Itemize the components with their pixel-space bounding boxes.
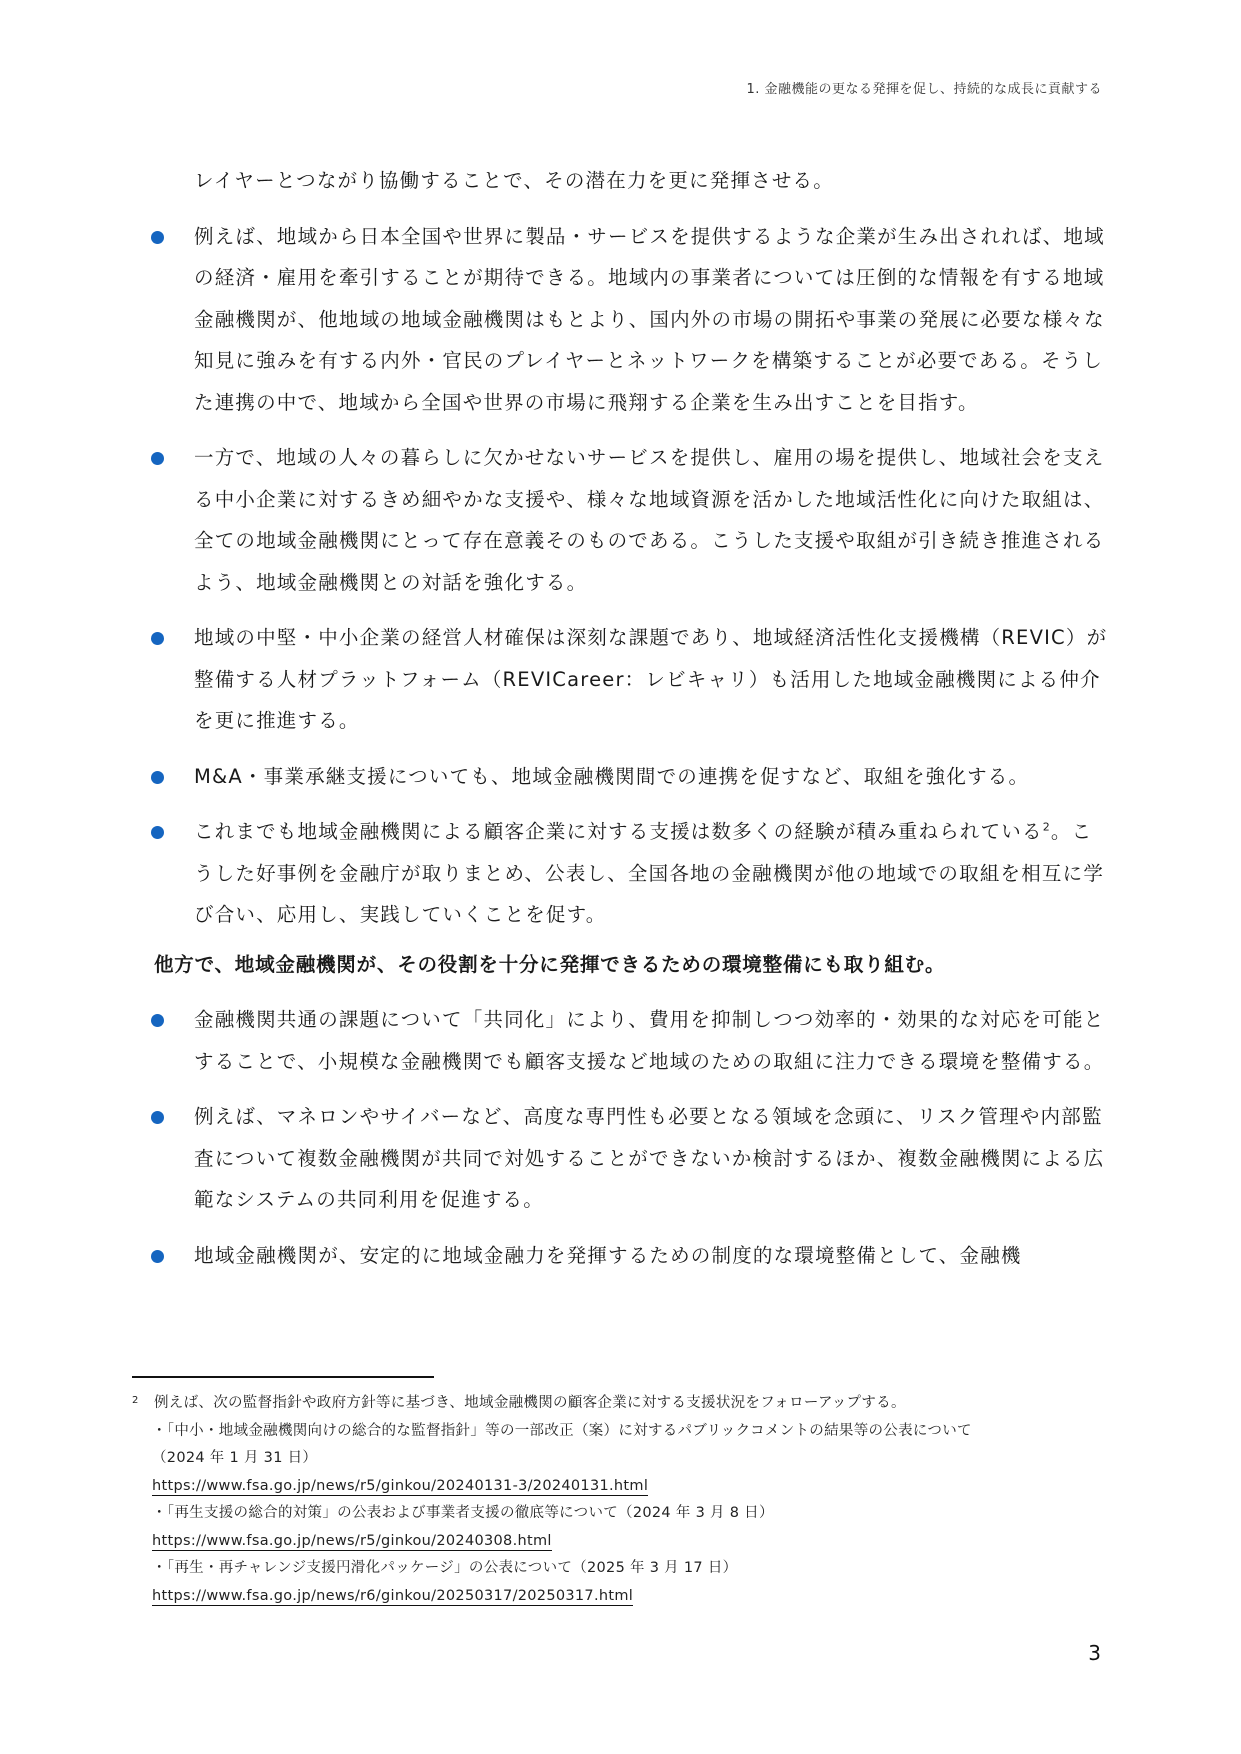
footnote-link[interactable]: https://www.fsa.go.jp/news/r5/ginkou/202… [152,1533,552,1551]
bullet-item: 地域の中堅・中小企業の経営人材確保は深刻な課題であり、地域経済活性化支援機構（R… [150,617,1110,742]
bullet-item: 例えば、マネロンやサイバーなど、高度な専門性も必要となる領域を念頭に、リスク管理… [150,1096,1110,1221]
bullet-dot-icon [151,771,164,784]
bullet-text: 一方で、地域の人々の暮らしに欠かせないサービスを提供し、雇用の場を提供し、地域社… [194,446,1104,594]
bullet-dot-icon [151,231,164,244]
bullet-text: 金融機関共通の課題について「共同化」により、費用を抑制しつつ効率的・効果的な対応… [194,1008,1104,1073]
bullet-item: これまでも地域金融機関による顧客企業に対する支援は数多くの経験が積み重ねられてい… [150,811,1110,936]
bullet-text: これまでも地域金融機関による顧客企業に対する支援は数多くの経験が積み重ねられてい… [194,820,1043,843]
bullet-dot-icon [151,1014,164,1027]
footnote-item-title: ・「再生・再チャレンジ支援円滑化パッケージ」の公表について（2025 年 3 月… [132,1555,1112,1583]
continuation-paragraph: レイヤーとつながり協働することで、その潜在力を更に発揮させる。 [150,160,1110,202]
footnote-item-date: （2024 年 1 月 31 日） [132,1445,1112,1473]
bullet-dot-icon [151,452,164,465]
footnote-link-row: https://www.fsa.go.jp/news/r5/ginkou/202… [132,1528,1112,1556]
page-number: 3 [1088,1641,1101,1665]
footnotes: 2 例えば、次の監督指針や政府方針等に基づき、地域金融機関の顧客企業に対する支援… [132,1390,1112,1610]
footnote-link[interactable]: https://www.fsa.go.jp/news/r6/ginkou/202… [152,1588,633,1606]
footnote-item-title: ・「再生支援の総合的対策」の公表および事業者支援の徹底等について（2024 年 … [132,1500,1112,1528]
bullet-item: M&A・事業承継支援についても、地域金融機関間での連携を促すなど、取組を強化する… [150,756,1110,798]
footnote-reference[interactable]: 2 [1043,821,1051,834]
footnote-intro: 2 例えば、次の監督指針や政府方針等に基づき、地域金融機関の顧客企業に対する支援… [132,1390,1112,1418]
body-text: レイヤーとつながり協働することで、その潜在力を更に発揮させる。 例えば、地域から… [150,160,1110,1276]
footnote-intro-text: 例えば、次の監督指針や政府方針等に基づき、地域金融機関の顧客企業に対する支援状況… [154,1395,906,1411]
bullet-text: 地域の中堅・中小企業の経営人材確保は深刻な課題であり、地域経済活性化支援機構（R… [194,626,1107,732]
bullet-text: 例えば、マネロンやサイバーなど、高度な専門性も必要となる領域を念頭に、リスク管理… [194,1105,1104,1211]
footnote-divider [132,1376,434,1378]
bullet-dot-icon [151,1111,164,1124]
bullet-item: 例えば、地域から日本全国や世界に製品・サービスを提供するような企業が生み出されれ… [150,216,1110,424]
footnote-link[interactable]: https://www.fsa.go.jp/news/r5/ginkou/202… [152,1478,648,1496]
section-heading: 他方で、地域金融機関が、その役割を十分に発揮できるための環境整備にも取り組む。 [150,944,1110,986]
footnote-item-title: ・「中小・地域金融機関向けの総合的な監督指針」等の一部改正（案）に対するパブリッ… [132,1418,1112,1446]
bullet-text: M&A・事業承継支援についても、地域金融機関間での連携を促すなど、取組を強化する… [194,765,1029,788]
bullet-text: 例えば、地域から日本全国や世界に製品・サービスを提供するような企業が生み出されれ… [194,225,1105,414]
footnote-link-row: https://www.fsa.go.jp/news/r6/ginkou/202… [132,1583,1112,1611]
bullet-dot-icon [151,826,164,839]
bullet-item: 地域金融機関が、安定的に地域金融力を発揮するための制度的な環境整備として、金融機 [150,1235,1110,1277]
footnote-marker: 2 [132,1387,139,1415]
bullet-item: 一方で、地域の人々の暮らしに欠かせないサービスを提供し、雇用の場を提供し、地域社… [150,437,1110,603]
bullet-dot-icon [151,632,164,645]
footnote-link-row: https://www.fsa.go.jp/news/r5/ginkou/202… [132,1473,1112,1501]
bullet-text: 地域金融機関が、安定的に地域金融力を発揮するための制度的な環境整備として、金融機 [194,1244,1022,1267]
bullet-dot-icon [151,1250,164,1263]
bullet-item: 金融機関共通の課題について「共同化」により、費用を抑制しつつ効率的・効果的な対応… [150,999,1110,1082]
running-header: 1. 金融機能の更なる発揮を促し、持続的な成長に貢献する [746,78,1102,97]
